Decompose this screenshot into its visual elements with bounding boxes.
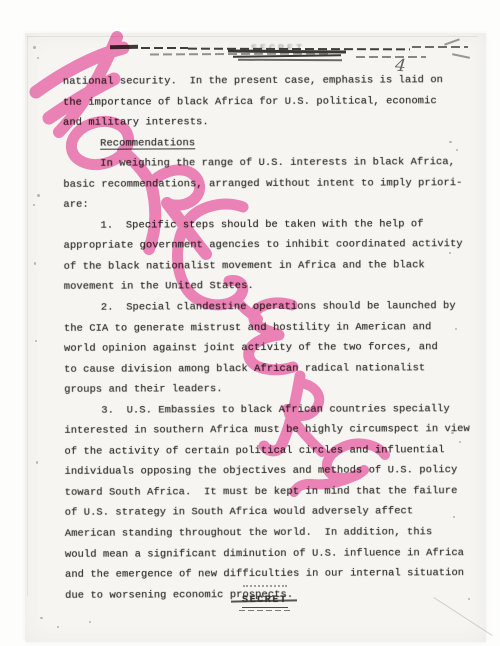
scan-speck	[456, 149, 458, 151]
scan-speck	[33, 46, 36, 49]
document-line: movement in the United States.	[64, 276, 466, 298]
document-line: the CIA to generate mistrust and hostili…	[64, 317, 466, 339]
scan-speck	[468, 598, 470, 600]
scan-speck	[36, 461, 38, 464]
scan-speck	[455, 328, 457, 330]
document-line: national security. In the present case, …	[63, 70, 465, 92]
document-line: toward South Africa. It must be kept in …	[65, 481, 467, 503]
strike-line	[110, 45, 138, 49]
scan-speck	[89, 621, 91, 623]
scanned-document: { "document": { "header": { "classificat…	[0, 0, 500, 646]
scan-speck	[37, 194, 40, 197]
scan-speck	[449, 141, 452, 143]
document-line: of the activity of certain political cir…	[64, 440, 466, 462]
document-line: In weighing the range of U.S. interests …	[63, 152, 465, 174]
page-left-edge	[27, 36, 28, 596]
document-line: to cause division among black African ra…	[64, 358, 466, 380]
scan-speck	[40, 617, 43, 619]
document-line: and the emergence of new difficulties in…	[65, 563, 467, 585]
document-line: the importance of black Africa for U.S. …	[63, 91, 465, 113]
document-line: appropriate government agencies to inhib…	[64, 234, 466, 256]
section-heading: Recommendations	[63, 132, 465, 154]
document-line: and military interests.	[63, 111, 465, 133]
document-line: individuals opposing the objectives and …	[65, 461, 467, 483]
scan-speck	[34, 262, 36, 265]
document-line: of the black nationalist movement in Afr…	[64, 255, 466, 277]
document-body: national security. In the present case, …	[63, 70, 467, 606]
strike-line	[356, 56, 426, 58]
document-line: 3. U.S. Embassies to black African count…	[64, 399, 466, 421]
document-line: of U.S. strategy in South Africa would a…	[65, 502, 467, 524]
document-line: American standing throughout the world. …	[65, 522, 467, 544]
smudge-dots	[243, 585, 287, 587]
scan-speck	[33, 204, 35, 206]
document-line: are:	[63, 193, 465, 215]
scan-speck	[459, 441, 461, 443]
strike-line	[412, 46, 468, 48]
scan-speck	[449, 252, 451, 254]
document-line: groups and their leaders.	[64, 378, 466, 400]
scan-speck	[451, 432, 454, 434]
document-line: would mean a significant diminution of U…	[65, 543, 467, 565]
footer-classification-text: SECRET	[242, 595, 288, 608]
document-line: basic recommendations, arranged without …	[63, 173, 465, 195]
scan-speck	[35, 340, 37, 342]
document-line: 1. Specific steps should be taken with t…	[63, 214, 465, 236]
strike-line	[141, 47, 188, 49]
scan-speck	[453, 516, 455, 518]
scan-speck	[57, 626, 59, 628]
document-line: 2. Special clandestine operations should…	[64, 296, 466, 318]
scan-speck	[37, 57, 39, 59]
page-top-edge	[27, 36, 477, 37]
document-line: world opinion against joint activity of …	[64, 337, 466, 359]
document-line: interested in southern Africa must be hi…	[64, 419, 466, 441]
